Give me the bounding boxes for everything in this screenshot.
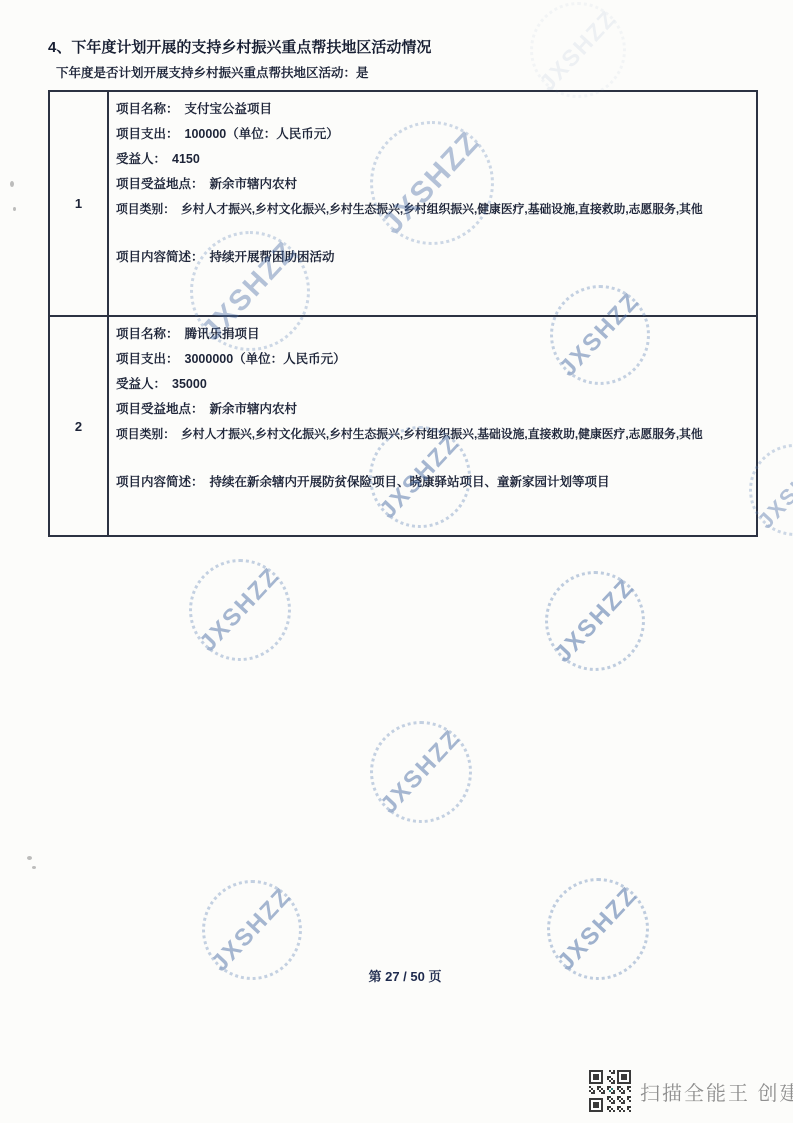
field-label: 项目支出：	[116, 127, 179, 141]
field-label: 受益人：	[116, 152, 166, 166]
scan-artifact	[27, 856, 32, 860]
stamp-text: JXSHZZ	[375, 724, 466, 819]
field-line: 项目内容简述：持续开展帮困助困活动	[116, 245, 752, 270]
field-line: 受益人：4150	[116, 147, 752, 172]
field-label: 项目受益地点：	[116, 177, 204, 191]
field-label: 项目受益地点：	[116, 402, 204, 416]
scan-artifact	[32, 866, 36, 869]
scan-artifact	[13, 207, 16, 211]
stamp-text: JXSHZZ	[552, 881, 643, 976]
field-label: 受益人：	[116, 377, 166, 391]
field-line: 项目支出：3000000（单位：人民币元）	[116, 347, 752, 372]
field-label: 项目内容简述：	[116, 250, 204, 264]
section-heading: 4、下年度计划开展的支持乡村振兴重点帮扶地区活动情况	[48, 36, 431, 57]
row-fields: 项目名称：支付宝公益项目项目支出：100000（单位：人民币元）受益人：4150…	[109, 92, 756, 315]
circular-stamp: JXSHZZ	[202, 880, 302, 980]
stamp-text: JXSHZZ	[534, 4, 622, 96]
field-label: 项目类别：	[116, 427, 175, 441]
field-line: 项目类别：乡村人才振兴,乡村文化振兴,乡村生态振兴,乡村组织振兴,健康医疗,基础…	[116, 197, 752, 222]
stamp-text: JXSHZZ	[206, 882, 297, 977]
row-index: 1	[50, 92, 109, 315]
field-label: 项目类别：	[116, 202, 175, 216]
circular-stamp: JXSHZZ	[370, 721, 472, 823]
field-value: 新余市辖内农村	[210, 177, 298, 191]
table-row: 2项目名称：腾讯乐捐项目项目支出：3000000（单位：人民币元）受益人：350…	[50, 317, 756, 535]
question-answer: 是	[356, 66, 369, 80]
field-line: 项目类别：乡村人才振兴,乡村文化振兴,乡村生态振兴,乡村组织振兴,基础设施,直接…	[116, 422, 752, 447]
field-label: 项目名称：	[116, 102, 179, 116]
field-line: 项目内容简述：持续在新余辖内开展防贫保险项目、晓康驿站项目、童新家园计划等项目	[116, 470, 752, 495]
scanner-watermark-text: 扫描全能王 创建	[640, 1077, 793, 1106]
field-value: 4150	[172, 152, 200, 166]
row-fields: 项目名称：腾讯乐捐项目项目支出：3000000（单位：人民币元）受益人：3500…	[109, 317, 756, 535]
field-value: 乡村人才振兴,乡村文化振兴,乡村生态振兴,乡村组织振兴,基础设施,直接救助,健康…	[181, 427, 703, 441]
plan-question-line: 下年度是否计划开展支持乡村振兴重点帮扶地区活动：是	[56, 63, 369, 81]
scan-artifact	[10, 181, 14, 187]
stamp-text: JXSHZZ	[549, 573, 640, 668]
field-value: 腾讯乐捐项目	[185, 327, 260, 341]
field-value: 3000000（单位：人民币元）	[185, 352, 346, 366]
field-label: 项目名称：	[116, 327, 179, 341]
field-value: 支付宝公益项目	[185, 102, 273, 116]
row-index: 2	[50, 317, 109, 535]
circular-stamp: JXSHZZ	[530, 2, 626, 98]
stamp-text: JXSHZZ	[753, 446, 793, 534]
field-line: 项目名称：支付宝公益项目	[116, 97, 752, 122]
field-line: 受益人：35000	[116, 372, 752, 397]
field-line: 项目支出：100000（单位：人民币元）	[116, 122, 752, 147]
table-row: 1项目名称：支付宝公益项目项目支出：100000（单位：人民币元）受益人：415…	[50, 92, 756, 317]
circular-stamp: JXSHZZ	[189, 559, 291, 661]
field-value: 持续在新余辖内开展防贫保险项目、晓康驿站项目、童新家园计划等项目	[210, 475, 610, 489]
field-value: 100000（单位：人民币元）	[185, 127, 339, 141]
field-value: 35000	[172, 377, 207, 391]
circular-stamp: JXSHZZ	[545, 571, 645, 671]
question-text: 下年度是否计划开展支持乡村振兴重点帮扶地区活动：	[56, 66, 356, 80]
document-page: 4、下年度计划开展的支持乡村振兴重点帮扶地区活动情况 下年度是否计划开展支持乡村…	[0, 0, 793, 1123]
scanner-watermark: 扫描全能王 创建	[589, 1070, 793, 1112]
field-label: 项目支出：	[116, 352, 179, 366]
field-value: 新余市辖内农村	[210, 402, 298, 416]
page-indicator: 第 27 / 50 页	[340, 966, 470, 985]
stamp-text: JXSHZZ	[194, 562, 285, 657]
field-line: 项目受益地点：新余市辖内农村	[116, 397, 752, 422]
projects-table: 1项目名称：支付宝公益项目项目支出：100000（单位：人民币元）受益人：415…	[48, 90, 758, 537]
circular-stamp: JXSHZZ	[547, 878, 649, 980]
field-value: 持续开展帮困助困活动	[210, 250, 335, 264]
field-line: 项目受益地点：新余市辖内农村	[116, 172, 752, 197]
field-label: 项目内容简述：	[116, 475, 204, 489]
qr-code-icon	[589, 1070, 631, 1112]
field-value: 乡村人才振兴,乡村文化振兴,乡村生态振兴,乡村组织振兴,健康医疗,基础设施,直接…	[181, 202, 703, 216]
field-line: 项目名称：腾讯乐捐项目	[116, 322, 752, 347]
